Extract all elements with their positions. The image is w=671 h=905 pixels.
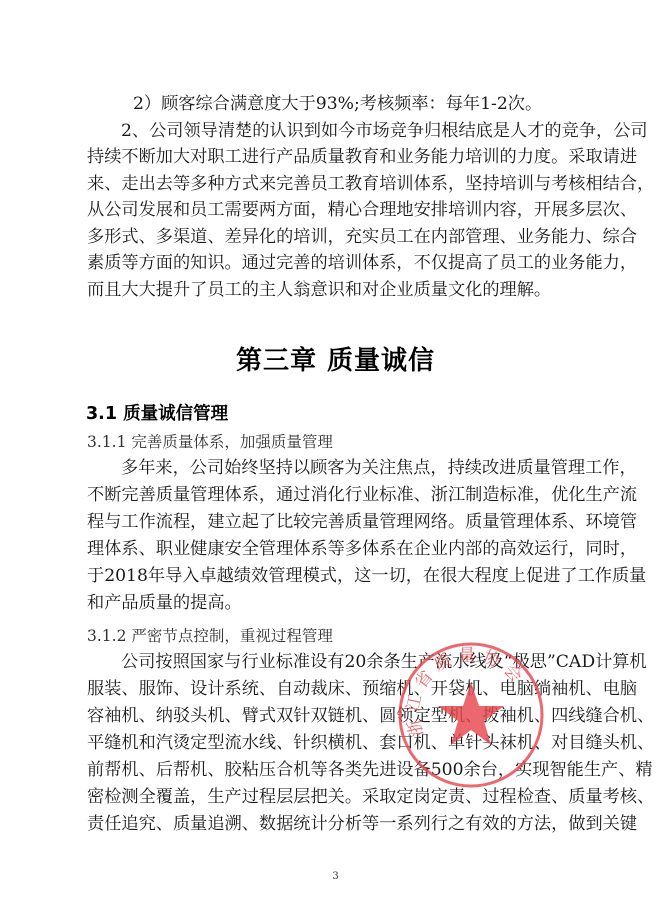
paragraph-line: 平缝机和汽烫定型流水线、针织横机、套口机、单针头袜机、对目缝头机、 <box>87 733 591 753</box>
paragraph-line: 从公司发展和员工需要两方面，精心合理地安排培训内容，开展多层次、 <box>87 200 591 220</box>
paragraph-line: 理体系、职业健康安全管理体系等多体系在企业内部的高效运行，同时， <box>87 539 591 559</box>
paragraph-line: 多年来，公司始终坚持以顾客为关注焦点，持续改进质量管理工作， <box>121 458 591 478</box>
paragraph-line: 前帮机、后帮机、胶粘压合机等各类先进设备500余台，实现智能生产、精 <box>87 760 591 780</box>
chapter-title: 第三章 质量诚信 <box>0 340 671 377</box>
paragraph-line: 责任追究、质量追溯、数据统计分析等一系列行之有效的方法，做到关键 <box>87 814 591 834</box>
paragraph-line: 2）顾客综合满意度大于93%;考核频率：每年1-2次。 <box>133 94 603 114</box>
subsection-title: 3.1.2 严密节点控制，重视过程管理 <box>87 624 333 646</box>
paragraph-line: 2、公司领导清楚的认识到如今市场竞争归根结底是人才的竞争，公司 <box>121 121 591 141</box>
paragraph-line: 密检测全覆盖，生产过程层层把关。采取定岗定责、过程检查、质量考核、 <box>87 787 591 807</box>
paragraph-line: 于2018年导入卓越绩效管理模式，这一切，在很大程度上促进了工作质量 <box>87 566 591 586</box>
paragraph-line: 服装、服饰、设计系统、自动裁床、预缩机、开袋机、电脑绱袖机、电脑 <box>87 679 591 699</box>
paragraph-line: 持续不断加大对职工进行产品质量教育和业务能力培训的力度。采取请进 <box>87 147 591 167</box>
paragraph-line: 而且大大提升了员工的主人翁意识和对企业质量文化的理解。 <box>87 280 591 300</box>
page-number: 3 <box>0 871 671 882</box>
paragraph-line: 不断完善质量管理体系，通过消化行业标准、浙江制造标准，优化生产流 <box>87 485 591 505</box>
paragraph-line: 程与工作流程，建立起了比较完善质量管理网络。质量管理体系、环境管 <box>87 512 591 532</box>
paragraph-line: 和产品质量的提高。 <box>87 593 591 613</box>
document-page: 2）顾客综合满意度大于93%;考核频率：每年1-2次。 2、公司领导清楚的认识到… <box>0 0 671 905</box>
paragraph-line: 素质等方面的知识。通过完善的培训体系，不仅提高了员工的业务能力， <box>87 253 591 273</box>
paragraph-line: 容袖机、纳驳头机、臂式双针双链机、圆领定型机、拨袖机、四线缝合机、 <box>87 706 591 726</box>
section-title: 3.1 质量诚信管理 <box>86 400 228 425</box>
subsection-title: 3.1.1 完善质量体系，加强质量管理 <box>87 430 333 452</box>
paragraph-line: 来、走出去等多种方式来完善员工教育培训体系，坚持培训与考核相结合， <box>87 174 591 194</box>
paragraph-line: 多形式、多渠道、差异化的培训，充实员工在内部管理、业务能力、综合 <box>87 227 591 247</box>
paragraph-line: 公司按照国家与行业标准设有20余条生产流水线及“极思”CAD计算机 <box>121 652 591 672</box>
